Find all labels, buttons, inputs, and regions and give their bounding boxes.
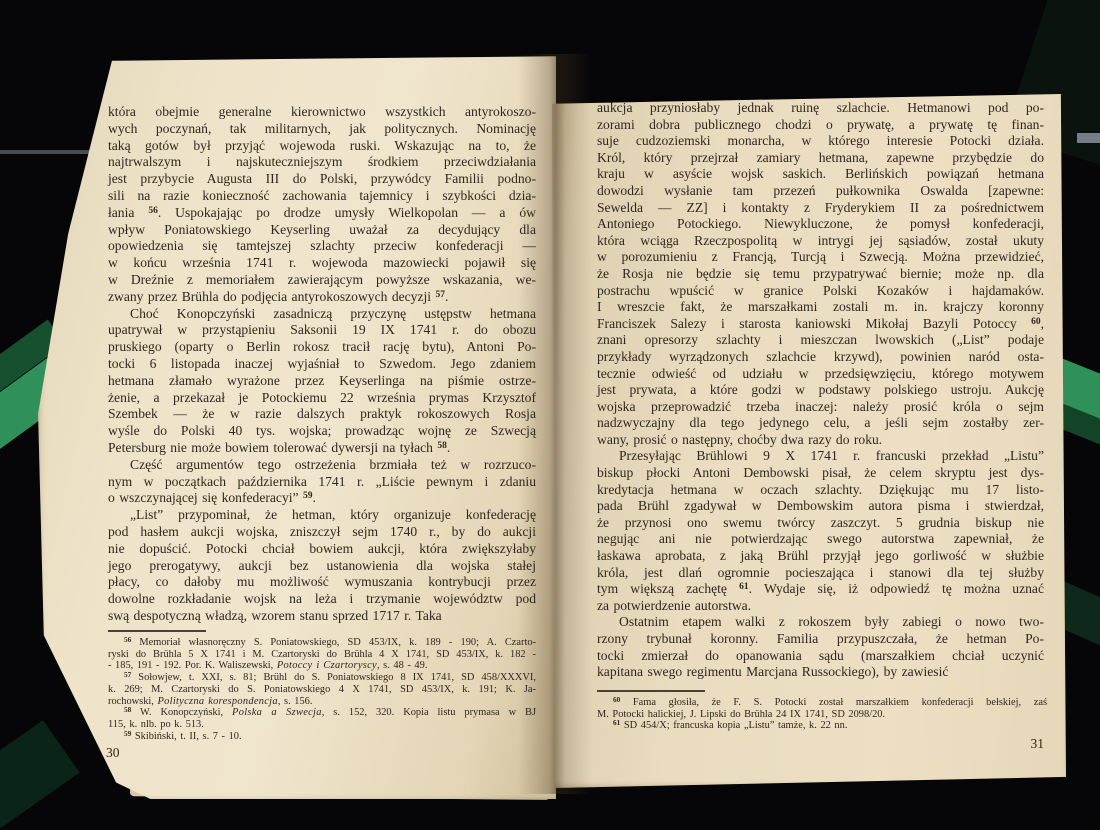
text-line: Ostatnim etapem walki z rokoszem były za… bbox=[597, 614, 1044, 631]
text-line: nym w początkach października 1741 r. „L… bbox=[108, 474, 536, 491]
text-line: przykłady wyrządzonych szlachcie krzywd)… bbox=[597, 349, 1044, 366]
footnote: 61 SD 454/X; francuska kopia „Listu” tam… bbox=[597, 720, 1047, 732]
text-line: Antoniego Potockiego. Niewykluczone, że … bbox=[597, 216, 1044, 233]
text-line: Franciszek Salezy i starosta kaniowski M… bbox=[597, 316, 1044, 333]
footnote-ref: 56 bbox=[148, 206, 158, 216]
footnote-line: 57 Sołowjew, t. XXI, s. 81; Brühl do S. … bbox=[108, 672, 536, 684]
text-line: sili na razie konieczność zachowania taj… bbox=[108, 188, 536, 205]
left-page-footnotes: 56 Memoriał własnoręczny S. Poniatowskie… bbox=[108, 637, 536, 742]
footnote: 56 Memoriał własnoręczny S. Poniatowskie… bbox=[108, 637, 536, 672]
footnote-line: k. 269; M. Czartoryski do S. Poniatowski… bbox=[108, 684, 536, 696]
text-line: w końcu września 1741 r. wojewoda mazowi… bbox=[108, 255, 536, 272]
footnote-line: M. Potocki halickiej, J. Lipski do Brühl… bbox=[597, 709, 1047, 721]
text-line: znani opresorzy szlachty i mieszczan lwo… bbox=[597, 332, 1044, 349]
text-line: wpływ Poniatowskiego Keyserling uważał z… bbox=[108, 222, 536, 239]
right-page-footnotes: 60 Fama głosiła, że F. S. Potocki został… bbox=[597, 697, 1047, 732]
text-line: Petersburg nie może bowiem tolerować dyw… bbox=[108, 440, 536, 457]
text-line: dowodzi wysłanie tam przezeń pułkownika … bbox=[597, 183, 1044, 200]
text-line: najtrwalszym i najskuteczniejszym środki… bbox=[108, 154, 536, 171]
footnote-ref: 60 bbox=[613, 696, 620, 704]
text-line: rzony trybunał koronny. Familia przypusz… bbox=[597, 631, 1044, 648]
book-photo-scene: która obejmie generalne kierownictwo wsz… bbox=[0, 0, 1100, 830]
text-line: nadzwyczajny dla tego jedynego celu, a j… bbox=[597, 415, 1044, 432]
text-line: dowolne rozkładanie wojsk na leża i trzy… bbox=[108, 591, 536, 608]
text-line: żenie, a przekazał je Potockiemu 22 wrze… bbox=[108, 390, 536, 407]
footnote-line: 115, k. nlb. po k. 513. bbox=[108, 719, 536, 731]
text-line: łaskawa aprobata, z jaką Brühl przyjął j… bbox=[597, 548, 1044, 565]
text-line: zorami dobra publicznego chodzi o prywat… bbox=[597, 117, 1044, 134]
text-line: pruskiego (oparty o Berlin rokosz tracił… bbox=[108, 339, 536, 356]
left-page-number: 30 bbox=[106, 745, 120, 761]
text-line: jego prerogatywy, aukcji bez ustanowieni… bbox=[108, 558, 536, 575]
background-tint-bottom-left bbox=[0, 720, 80, 827]
text-line: wych poczynań, tak militarnych, jak poli… bbox=[108, 121, 536, 138]
footnote-ref: 57 bbox=[124, 671, 131, 679]
text-line: nie dopuścić. Potocki chciał bowiem aukc… bbox=[108, 541, 536, 558]
text-line: że przynosi ono swemu twórcy zaszczyt. 5… bbox=[597, 515, 1044, 532]
text-line: o wszczynającej się konfederacyi” 59. bbox=[108, 490, 536, 507]
footnote-ref: 59 bbox=[124, 730, 131, 738]
text-line: wojska przeprowadzić trzeba inaczej: nal… bbox=[597, 399, 1044, 416]
footnote-ref: 61 bbox=[613, 719, 620, 727]
text-line: która wciąga Rzeczpospolitą w intrygi je… bbox=[597, 233, 1044, 250]
text-line: płacy, co dałoby mu możliwość wymuszania… bbox=[108, 574, 536, 591]
footnote-line: rochowski, Polityczna korespondencja, s.… bbox=[108, 696, 536, 708]
background-gray-bar bbox=[1077, 133, 1100, 143]
footnote: 57 Sołowjew, t. XXI, s. 81; Brühl do S. … bbox=[108, 672, 536, 707]
text-line: postrachu wpuścić w granice Polski Kozak… bbox=[597, 283, 1044, 300]
footnote-line: - 185, 191 - 192. Por. K. Waliszewski, P… bbox=[108, 660, 536, 672]
text-line: w porozumieniu z Francją, Turcją i Szwec… bbox=[597, 249, 1044, 266]
text-line: łania 56. Uspokajając po drodze umysły W… bbox=[108, 205, 536, 222]
footnote-line: 56 Memoriał własnoręczny S. Poniatowskie… bbox=[108, 637, 536, 649]
paragraph: Część argumentów tego ostrzeżenia brzmia… bbox=[108, 457, 536, 507]
footnote: 60 Fama głosiła, że F. S. Potocki został… bbox=[597, 697, 1047, 720]
paragraph: aukcja przyniosłaby jednak ruinę szlachc… bbox=[597, 100, 1044, 448]
text-line: jest przybycie Augusta III do Polski, pr… bbox=[108, 171, 536, 188]
text-line: Sewelda — ZZ] i kontakty z Fryderykiem I… bbox=[597, 200, 1044, 217]
footnote: 58 W. Konopczyński, Polska a Szwecja, s.… bbox=[108, 707, 536, 730]
text-line: pada Brühl zgadywał w Dembowskim autora … bbox=[597, 498, 1044, 515]
right-page-number: 31 bbox=[597, 736, 1044, 752]
footnote: 59 Skibiński, t. II, s. 7 - 10. bbox=[108, 731, 536, 743]
text-line: negując ani nie potwierdzając swego auto… bbox=[597, 531, 1044, 548]
text-line: „List” przypominał, że hetman, który org… bbox=[108, 507, 536, 524]
text-line: aukcja przyniosłaby jednak ruinę szlachc… bbox=[597, 100, 1044, 117]
footnote-ref: 58 bbox=[124, 706, 131, 714]
text-line: która obejmie generalne kierownictwo wsz… bbox=[108, 104, 536, 121]
text-line: Szembek — że w razie dalszych praktyk ro… bbox=[108, 406, 536, 423]
text-line: I wreszcie fakt, że marszałkami zostali … bbox=[597, 299, 1044, 316]
text-line: kredytacja hetmana w oczach szlachty. Dz… bbox=[597, 482, 1044, 499]
text-line: zwany przez Brühla do podjęcia antyrokos… bbox=[108, 289, 536, 306]
text-line: swą despotyczną władzą, wzorem stanu spr… bbox=[108, 608, 536, 625]
footnote-line: 60 Fama głosiła, że F. S. Potocki został… bbox=[597, 697, 1047, 709]
footnote-ref: 61 bbox=[739, 582, 749, 592]
footnote-ref: 58 bbox=[437, 441, 447, 451]
text-line: hetmana złamało wyrażone przez Keyserlin… bbox=[108, 373, 536, 390]
text-line: w Dreźnie z memoriałem zawierającym powy… bbox=[108, 272, 536, 289]
text-line: Przesyłając Brühlowi 9 X 1741 r. francus… bbox=[597, 448, 1044, 465]
text-line: biskup płocki Antoni Dembowski pisał, że… bbox=[597, 465, 1044, 482]
page-edges-stack bbox=[549, 34, 1062, 100]
footnote-line: 58 W. Konopczyński, Polska a Szwecja, s.… bbox=[108, 707, 536, 719]
text-line: za potwierdzenie autorstwa. bbox=[597, 598, 1044, 615]
text-line: że Rosja nie będzie się temu przypatrywa… bbox=[597, 266, 1044, 283]
paragraph: Ostatnim etapem walki z rokoszem były za… bbox=[597, 614, 1044, 680]
text-line: wany, prosić o następny, choćby dwa razy… bbox=[597, 432, 1044, 449]
paragraph: „List” przypominał, że hetman, który org… bbox=[108, 507, 536, 625]
text-line: Król, który przejrzał zamiary hetmana, z… bbox=[597, 150, 1044, 167]
text-line: tym większą zachętę 61. Wydaje się, iż o… bbox=[597, 581, 1044, 598]
right-page-body-text: aukcja przyniosłaby jednak ruinę szlachc… bbox=[597, 100, 1044, 681]
paragraph: Choć Konopczyński zasadniczą przyczynę u… bbox=[108, 306, 536, 457]
text-line: pod hasłem aukcji wojska, zniszczył sejm… bbox=[108, 524, 536, 541]
text-line: kraju w asyście wojsk saskich. Berliński… bbox=[597, 166, 1044, 183]
text-line: suje cudzoziemski monarcha, w którego in… bbox=[597, 133, 1044, 150]
text-line: jest prywata, a które godzi w podstawy p… bbox=[597, 382, 1044, 399]
text-line: Część argumentów tego ostrzeżenia brzmia… bbox=[108, 457, 536, 474]
left-page-body-text: która obejmie generalne kierownictwo wsz… bbox=[108, 104, 536, 625]
text-line: tecznie odwieść od udziału w przedsięwzi… bbox=[597, 366, 1044, 383]
paragraph: która obejmie generalne kierownictwo wsz… bbox=[108, 104, 536, 306]
footnote-line: 59 Skibiński, t. II, s. 7 - 10. bbox=[108, 731, 536, 743]
text-line: wyśle do Polski 40 tys. wojska; prowadzą… bbox=[108, 423, 536, 440]
footnote-ref: 59 bbox=[303, 491, 313, 501]
paragraph: Przesyłając Brühlowi 9 X 1741 r. francus… bbox=[597, 448, 1044, 614]
footnote-ref: 56 bbox=[124, 636, 131, 644]
text-line: opowiedzenia się tamtejszej szlachty prz… bbox=[108, 238, 536, 255]
text-line: króla, jest dlań ogromnie pocieszająca i… bbox=[597, 565, 1044, 582]
text-line: Choć Konopczyński zasadniczą przyczynę u… bbox=[108, 306, 536, 323]
footnote-line: ryski do Brühla 5 X 1741 i M. Czartorysk… bbox=[108, 649, 536, 661]
footnote-ref: 57 bbox=[435, 290, 445, 300]
text-line: upatrywał w przystąpieniu Saksonii 19 IX… bbox=[108, 322, 536, 339]
text-line: tocki zmierzał do opanowania sądu (marsz… bbox=[597, 648, 1044, 665]
text-line: kapitana swego regimentu Marcjana Russoc… bbox=[597, 664, 1044, 681]
text-line: tocki 6 listopada inaczej wyjaśniał to S… bbox=[108, 356, 536, 373]
left-footnote-rule bbox=[108, 630, 206, 632]
right-footnote-rule bbox=[597, 690, 705, 692]
footnote-ref: 60 bbox=[1031, 317, 1041, 327]
text-line: taką gotów był przyjąć wojewoda ruski. W… bbox=[108, 138, 536, 155]
footnote-line: 61 SD 454/X; francuska kopia „Listu” tam… bbox=[597, 720, 1047, 732]
